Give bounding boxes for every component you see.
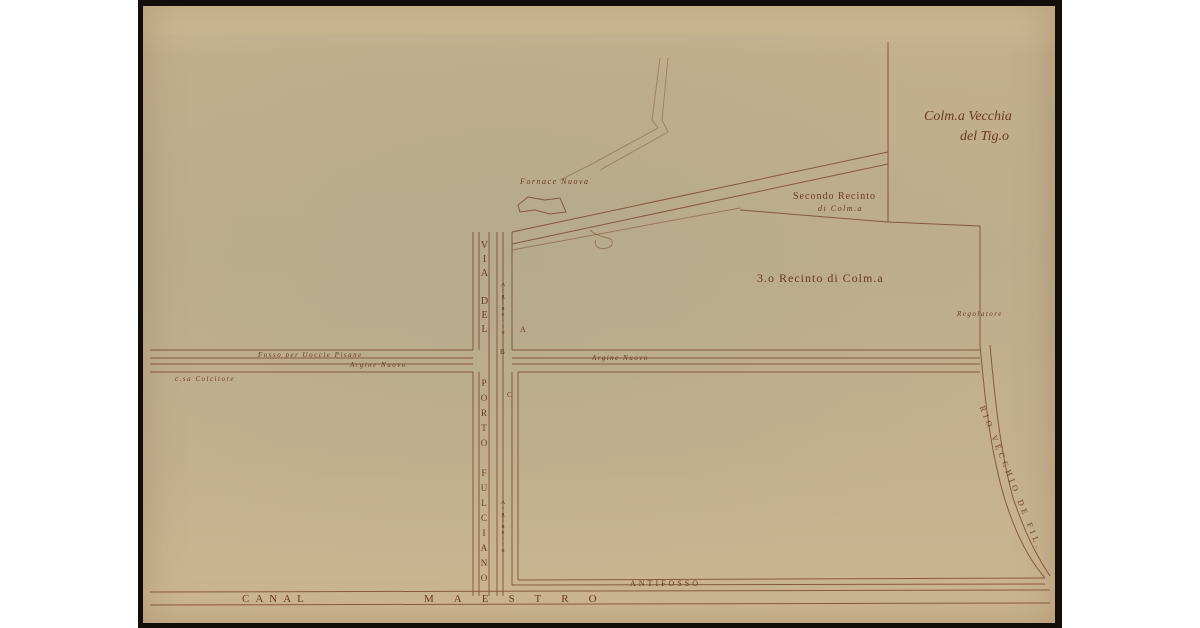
label-fosso-per-uoccie: Fosso per Uoccie Pisane bbox=[258, 352, 363, 359]
label-argine-nuovo-left: Argine Nuovo bbox=[350, 362, 407, 369]
label-canal: CANAL bbox=[242, 594, 310, 605]
label-fornace-nuova: Fornace Nuova bbox=[520, 178, 590, 186]
map-linework bbox=[0, 0, 1200, 628]
label-via-del: VIA DEL bbox=[479, 240, 489, 338]
label-maestro: MAESTRO bbox=[424, 594, 617, 605]
label-regolatore: Regolatore bbox=[957, 311, 1003, 318]
label-secondo-recinto-sub: di Colm.a bbox=[818, 205, 863, 213]
label-terzo-recinto: 3.o Recinto di Colm.a bbox=[757, 272, 884, 284]
fornace-building bbox=[518, 197, 566, 214]
point-c: C bbox=[507, 392, 512, 399]
label-antifosso: ANTIFOSSO bbox=[630, 580, 701, 588]
label-del-tig: del Tig.o bbox=[960, 130, 1009, 144]
point-b: B bbox=[500, 349, 505, 356]
label-argine-nuovo-right: Argine Nuovo bbox=[592, 355, 649, 362]
label-arginetto-lower: Arginetto bbox=[500, 500, 506, 554]
label-colmata-vecchia: Colm.a Vecchia bbox=[924, 110, 1012, 124]
label-secondo-recinto: Secondo Recinto bbox=[793, 192, 876, 202]
label-arginetto-upper: Arginetto bbox=[500, 282, 506, 336]
label-porto-fulciano: PORTO FULCIANO bbox=[479, 378, 488, 588]
label-casa-colcitore: c.sa Colcitore bbox=[175, 376, 235, 383]
point-a: A bbox=[520, 326, 526, 334]
